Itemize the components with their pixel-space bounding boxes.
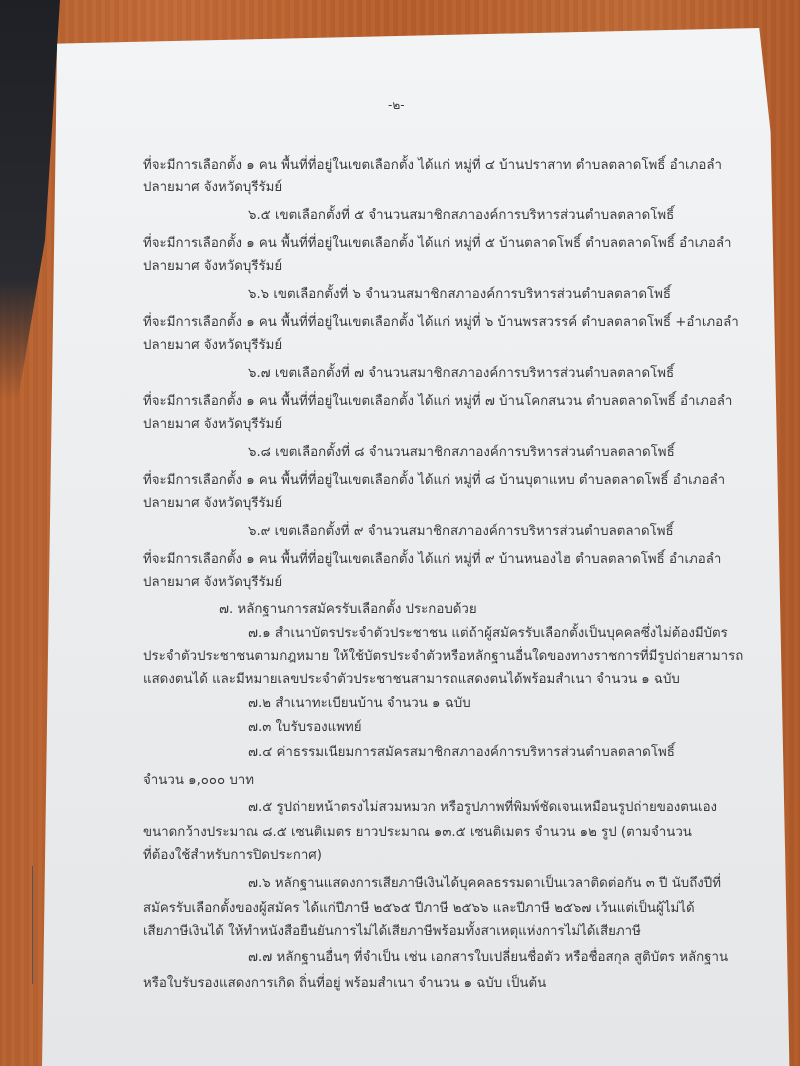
text-line: ปลายมาศ จังหวัดบุรีรัมย์	[143, 176, 282, 197]
text-line: ที่จะมีการเลือกตั้ง ๑ คน พื้นที่ที่อยู่ใ…	[143, 469, 725, 490]
text-line: ที่จะมีการเลือกตั้ง ๑ คน พื้นที่ที่อยู่ใ…	[143, 232, 731, 253]
section-heading: ๖.๙ เขตเลือกตั้งที่ ๙ จำนวนสมาชิกสภาองค์…	[248, 520, 674, 541]
text-line: ปลายมาศ จังหวัดบุรีรัมย์	[143, 255, 282, 276]
section-heading: ๗. หลักฐานการสมัครรับเลือกตั้ง ประกอบด้ว…	[219, 598, 477, 619]
text-line: ๗.๑ สำเนาบัตรประจำตัวประชาชน แต่ถ้าผู้สม…	[248, 622, 728, 643]
text-line: ขนาดกว้างประมาณ ๘.๕ เซนติเมตร ยาวประมาณ …	[143, 821, 692, 842]
text-line: ๗.๓ ใบรับรองแพทย์	[248, 716, 362, 737]
text-line: ที่จะมีการเลือกตั้ง ๑ คน พื้นที่ที่อยู่ใ…	[143, 311, 739, 332]
text-line: ปลายมาศ จังหวัดบุรีรัมย์	[143, 334, 282, 355]
text-line: หรือใบรับรองแสดงการเกิด ถิ่นที่อยู่ พร้อ…	[143, 972, 546, 993]
text-line: ที่จะมีการเลือกตั้ง ๑ คน พื้นที่ที่อยู่ใ…	[143, 390, 732, 411]
text-line: ๗.๕ รูปถ่ายหน้าตรงไม่สวมหมวก หรือรูปภาพท…	[248, 796, 717, 817]
text-line: แสดงตนได้ และมีหมายเลขประจำตัวประชาชนสาม…	[143, 668, 680, 689]
document-page: -๒- ที่จะมีการเลือกตั้ง ๑ คน พื้นที่ที่อ…	[0, 0, 800, 1066]
section-heading: ๖.๗ เขตเลือกตั้งที่ ๗ จำนวนสมาชิกสภาองค์…	[248, 362, 674, 383]
section-heading: ๖.๘ เขตเลือกตั้งที่ ๘ จำนวนสมาชิกสภาองค์…	[248, 441, 675, 462]
section-heading: ๖.๕ เขตเลือกตั้งที่ ๕ จำนวนสมาชิกสภาองค์…	[248, 204, 674, 225]
section-heading: ๖.๖ เขตเลือกตั้งที่ ๖ จำนวนสมาชิกสภาองค์…	[248, 283, 671, 304]
text-line: ๗.๖ หลักฐานแสดงการเสียภาษีเงินได้บุคคลธร…	[248, 872, 721, 893]
text-line: ที่จะมีการเลือกตั้ง ๑ คน พื้นที่ที่อยู่ใ…	[143, 154, 722, 175]
text-line: สมัครรับเลือกตั้งของผู้สมัคร ได้แก่ปีภาษ…	[143, 897, 695, 918]
text-line: ปลายมาศ จังหวัดบุรีรัมย์	[143, 492, 282, 513]
text-line: ที่ต้องใช้สำหรับการปิดประกาศ)	[143, 844, 322, 865]
text-line: ๗.๗ หลักฐานอื่นๆ ที่จำเป็น เช่น เอกสารใบ…	[248, 946, 728, 967]
text-line: ๗.๔ ค่าธรรมเนียมการสมัครสมาชิกสภาองค์การ…	[248, 741, 675, 762]
text-line: ปลายมาศ จังหวัดบุรีรัมย์	[143, 413, 282, 434]
text-line: ๗.๒ สำเนาทะเบียนบ้าน จำนวน ๑ ฉบับ	[248, 692, 471, 713]
text-line: เสียภาษีเงินได้ ให้ทำหนังสือยืนยันการไม่…	[143, 920, 641, 941]
text-line: ประจำตัวประชาชนตามกฎหมาย ให้ใช้บัตรประจำ…	[143, 645, 743, 666]
page-number: -๒-	[388, 96, 405, 115]
text-line: ปลายมาศ จังหวัดบุรีรัมย์	[143, 571, 282, 592]
text-line: ที่จะมีการเลือกตั้ง ๑ คน พื้นที่ที่อยู่ใ…	[143, 548, 721, 569]
text-line: จำนวน ๑,๐๐๐ บาท	[143, 769, 254, 790]
